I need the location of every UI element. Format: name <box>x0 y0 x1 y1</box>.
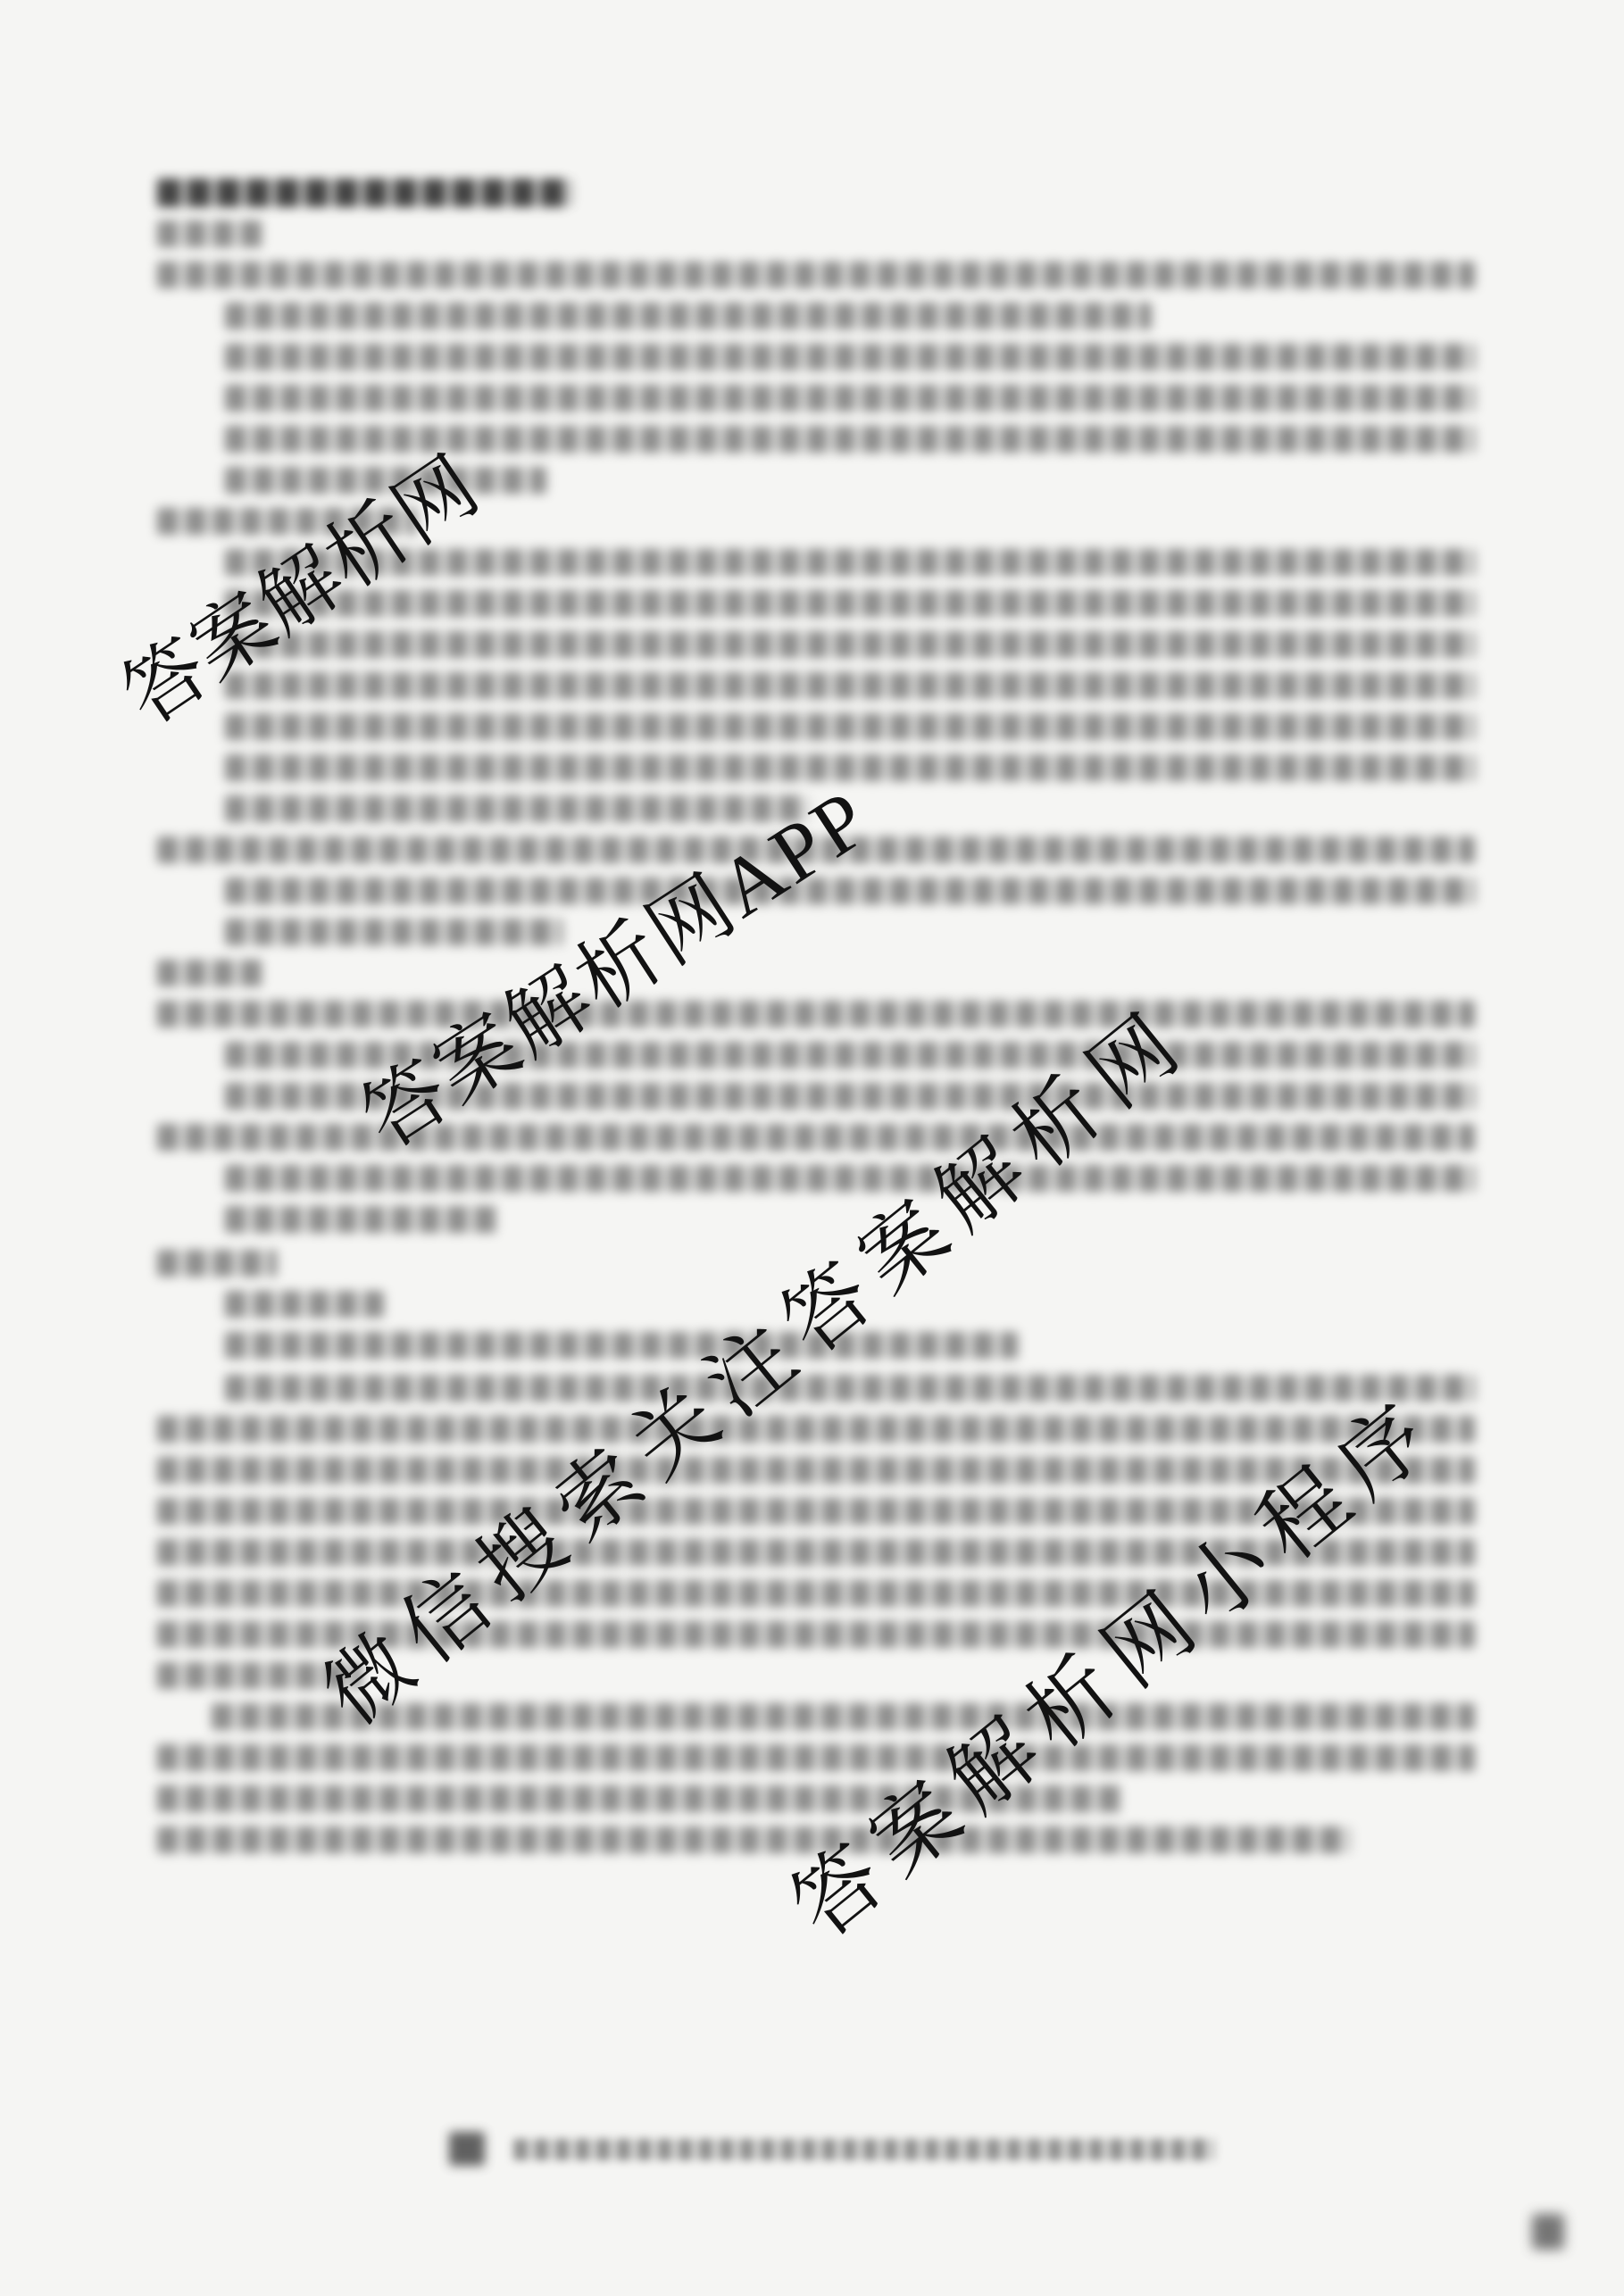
blurred-text-line <box>157 220 268 247</box>
blurred-text-line <box>225 1083 1475 1110</box>
blurred-text-line <box>225 426 1475 453</box>
blurred-text-line <box>225 672 1475 699</box>
blurred-text-line <box>225 878 1475 904</box>
footer-logo-mark <box>449 2132 485 2166</box>
blurred-text-line <box>225 1206 500 1233</box>
blurred-text-line <box>157 836 1475 863</box>
blurred-text-line <box>157 1250 277 1277</box>
blurred-text-line <box>225 385 1475 412</box>
blurred-text-line <box>157 1001 1475 1027</box>
page-number-stamp <box>1532 2214 1564 2250</box>
blurred-text-line <box>225 1332 1018 1359</box>
blurred-text-line <box>157 1457 1475 1484</box>
blurred-text-line <box>225 1165 1475 1192</box>
page: 答案解析网答案解析网APP微信搜索关注答案解析网答案解析网小程序 <box>0 0 1624 2296</box>
blurred-text-line <box>225 754 1475 781</box>
blurred-text-line <box>225 344 1475 370</box>
blurred-text-line <box>225 919 562 945</box>
blurred-text-line <box>157 1539 1475 1566</box>
blurred-text-line <box>225 1042 1475 1069</box>
blurred-text-line <box>225 303 1152 329</box>
blurred-text-line <box>157 960 268 986</box>
blurred-text-line <box>157 1662 362 1689</box>
blurred-text-line <box>225 713 1475 740</box>
blurred-text-line <box>225 631 1475 658</box>
blurred-text-line <box>157 262 1475 288</box>
blurred-text-line <box>225 1375 1475 1402</box>
blurred-text-line <box>212 1703 1475 1730</box>
blurred-text-line <box>157 1124 1475 1151</box>
blurred-text-line <box>225 1291 384 1318</box>
blurred-text-line <box>157 1580 1475 1607</box>
blurred-text-line <box>157 1826 1350 1853</box>
blurred-text-line <box>157 1785 1125 1812</box>
footer-blurred-text <box>513 2139 1214 2160</box>
blurred-text-line <box>225 549 1475 576</box>
blurred-text-line <box>157 1498 1475 1525</box>
blurred-text-line <box>157 508 416 535</box>
blurred-heading-line <box>157 179 571 207</box>
blurred-text-line <box>157 1744 1475 1771</box>
blurred-text-line <box>157 1621 1475 1648</box>
blurred-text-line <box>225 795 808 822</box>
blurred-text-line <box>225 590 1475 617</box>
blurred-text-line <box>157 1416 1475 1443</box>
blurred-text-line <box>225 467 546 494</box>
